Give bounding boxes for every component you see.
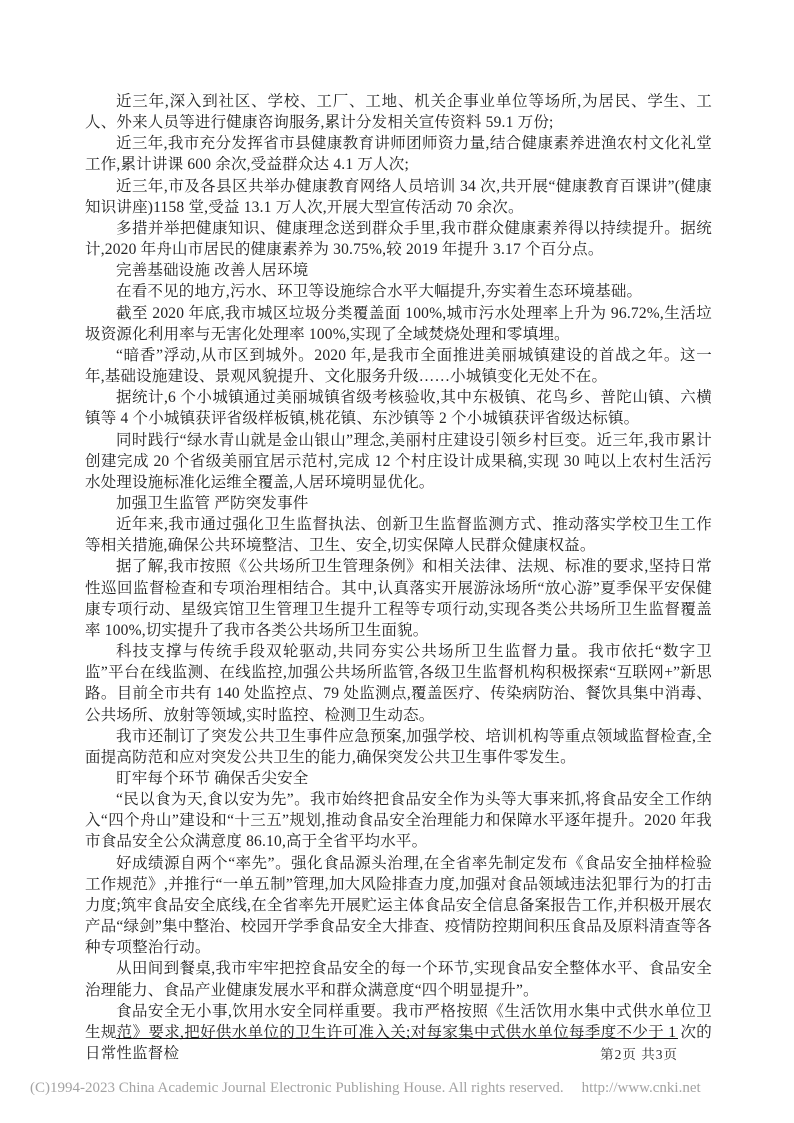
section-heading: 盯牢每个环节 确保舌尖安全 [85,768,712,789]
paragraph: 截至 2020 年底,我市城区垃圾分类覆盖面 100%,城市污水处理率上升为 9… [85,303,712,345]
paragraph: “民以食为天,食以安为先”。我市始终把食品安全作为头等大事来抓,将食品安全工作纳… [85,789,712,852]
paragraph: 据了解,我市按照《公共场所卫生管理条例》和相关法律、法规、标准的要求,坚持日常性… [85,556,712,641]
copyright-notice: (C)1994-2023 China Academic Journal Elec… [30,1080,770,1097]
document-page: 近三年,深入到社区、学校、工厂、工地、机关企事业单位等场所,为居民、学生、工人、… [0,0,794,1123]
paragraph: 近三年,深入到社区、学校、工厂、工地、机关企事业单位等场所,为居民、学生、工人、… [85,91,712,133]
section-heading: 完善基础设施 改善人居环境 [85,260,712,281]
footer-divider [116,1038,678,1039]
paragraph: 在看不见的地方,污水、环卫等设施综合水平大幅提升,夯实着生态环境基础。 [85,281,712,302]
paragraph: 从田间到餐桌,我市牢牢把控食品安全的每一个环节,实现食品安全整体水平、食品安全治… [85,958,712,1000]
paragraph: 多措并举把健康知识、健康理念送到群众手里,我市群众健康素养得以持续提升。据统计,… [85,218,712,260]
paragraph: 据统计,6 个小城镇通过美丽城镇省级考核验收,其中东极镇、花鸟乡、普陀山镇、六横… [85,387,712,429]
paragraph: 好成绩源自两个“率先”。强化食品源头治理,在全省率先制定发布《食品安全抽样检验工… [85,853,712,959]
paragraph: 我市还制订了突发公共卫生事件应急预案,加强学校、培训机构等重点领域监督检查,全面… [85,726,712,768]
page-number: 第2页 共3页 [116,1043,678,1063]
text-block: 近三年,深入到社区、学校、工厂、工地、机关企事业单位等场所,为居民、学生、工人、… [85,91,712,1064]
paragraph: 近三年,我市充分发挥省市县健康教育讲师团师资力量,结合健康素养进渔农村文化礼堂工… [85,133,712,175]
paragraph: “暗香”浮动,从市区到城外。2020 年,是我市全面推进美丽城镇建设的首战之年。… [85,345,712,387]
cnki-url: http://www.cnki.net [582,1080,701,1096]
section-heading: 加强卫生监管 严防突发事件 [85,493,712,514]
paragraph: 近年来,我市通过强化卫生监督执法、创新卫生监督监测方式、推动落实学校卫生工作等相… [85,514,712,556]
paragraph: 同时践行“绿水青山就是金山银山”理念,美丽村庄建设引领乡村巨变。近三年,我市累计… [85,430,712,493]
paragraph: 科技支撑与传统手段双轮驱动,共同夯实公共场所卫生监督力量。我市依托“数字卫监”平… [85,641,712,726]
paragraph: 近三年,市及各县区共举办健康教育网络人员培训 34 次,共开展“健康教育百课讲”… [85,176,712,218]
copyright-text: (C)1994-2023 China Academic Journal Elec… [30,1080,564,1096]
